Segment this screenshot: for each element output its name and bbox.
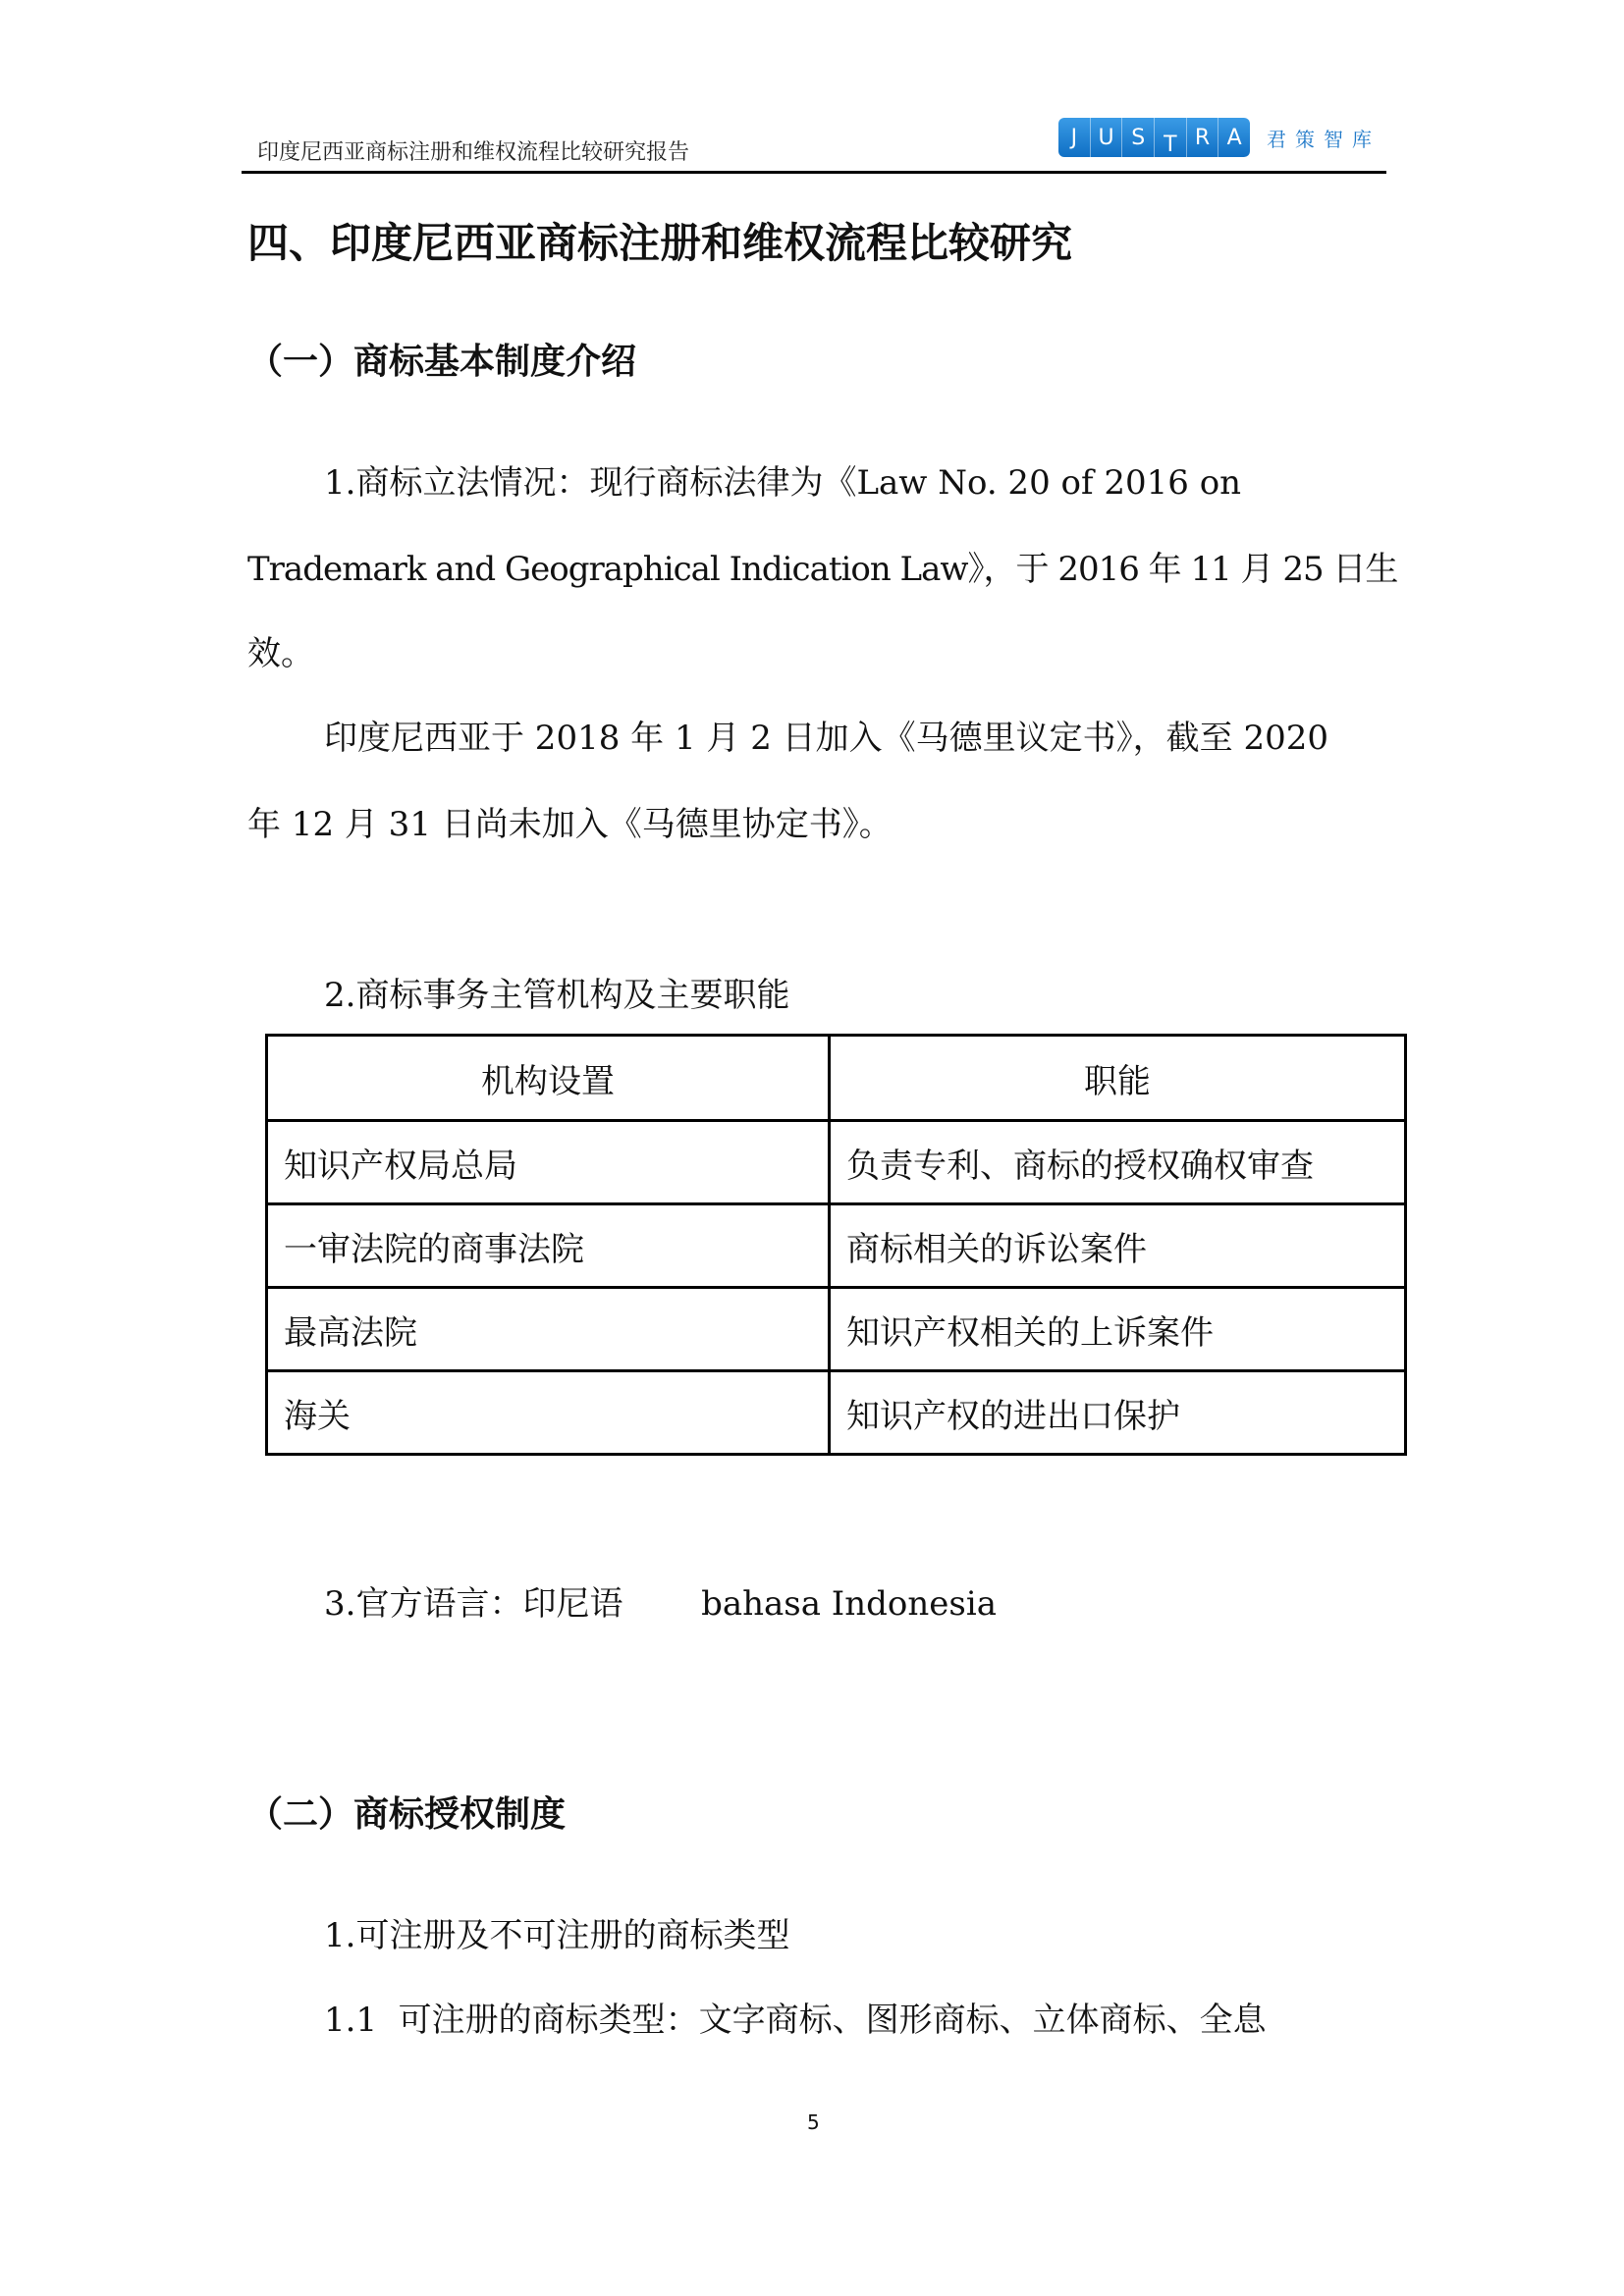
table-row: 知识产权局总局 负责专利、商标的授权确权审查 xyxy=(267,1121,1406,1204)
item-official-language: 3.官方语言：印尼语 bahasa Indonesia xyxy=(324,1561,997,1647)
table-cell: 最高法院 xyxy=(267,1288,830,1371)
table-row: 一审法院的商事法院 商标相关的诉讼案件 xyxy=(267,1204,1406,1288)
table-header-cell: 机构设置 xyxy=(267,1036,830,1121)
table-cell: 海关 xyxy=(267,1371,830,1455)
item-registrable-types-title: 1.可注册及不可注册的商标类型 xyxy=(324,1893,789,1979)
table-header-cell: 职能 xyxy=(830,1036,1406,1121)
authorities-table: 机构设置 职能 知识产权局总局 负责专利、商标的授权确权审查 一审法院的商事法院… xyxy=(265,1034,1407,1456)
logo-letter: T xyxy=(1155,118,1187,157)
paragraph-madrid-line1: 印度尼西亚于 2018 年 1 月 2 日加入《马德里议定书》，截至 2020 xyxy=(324,695,1328,781)
table-cell: 负责专利、商标的授权确权审查 xyxy=(830,1121,1406,1204)
section-title: 四、印度尼西亚商标注册和维权流程比较研究 xyxy=(247,211,1072,270)
logo-chinese-name: 君策智库 xyxy=(1267,124,1380,152)
logo-letter: A xyxy=(1218,118,1250,157)
header-divider xyxy=(242,171,1386,174)
paragraph-legislation-line2: Trademark and Geographical Indication La… xyxy=(247,526,1397,613)
page-number: 5 xyxy=(807,2110,820,2134)
justra-logo: J U S T R A xyxy=(1058,118,1250,157)
table-row: 海关 知识产权的进出口保护 xyxy=(267,1371,1406,1455)
official-language-value: bahasa Indonesia xyxy=(701,1584,997,1624)
table-cell: 知识产权局总局 xyxy=(267,1121,830,1204)
running-header-title: 印度尼西亚商标注册和维权流程比较研究报告 xyxy=(257,135,689,166)
item-authorities-title: 2.商标事务主管机构及主要职能 xyxy=(324,952,789,1039)
table-row: 最高法院 知识产权相关的上诉案件 xyxy=(267,1288,1406,1371)
table-cell: 一审法院的商事法院 xyxy=(267,1204,830,1288)
paragraph-legislation-line3: 效。 xyxy=(247,611,314,697)
table-cell: 知识产权相关的上诉案件 xyxy=(830,1288,1406,1371)
table-cell: 商标相关的诉讼案件 xyxy=(830,1204,1406,1288)
item-registrable-types-detail: 1.1 可注册的商标类型：文字商标、图形商标、立体商标、全息 xyxy=(324,1977,1267,2063)
table-cell: 知识产权的进出口保护 xyxy=(830,1371,1406,1455)
official-language-label: 3.官方语言：印尼语 xyxy=(324,1584,623,1624)
paragraph-legislation-line1: 1.商标立法情况：现行商标法律为《Law No. 20 of 2016 on xyxy=(324,440,1241,526)
logo-letter: S xyxy=(1122,118,1155,157)
subsection-title-1: （一）商标基本制度介绍 xyxy=(247,334,636,384)
logo-letter: J xyxy=(1058,118,1091,157)
table-header-row: 机构设置 职能 xyxy=(267,1036,1406,1121)
paragraph-madrid-line2: 年 12 月 31 日尚未加入《马德里协定书》。 xyxy=(247,781,893,868)
logo-letter: R xyxy=(1187,118,1219,157)
subsection-title-2: （二）商标授权制度 xyxy=(247,1787,566,1837)
logo-letter: U xyxy=(1091,118,1123,157)
